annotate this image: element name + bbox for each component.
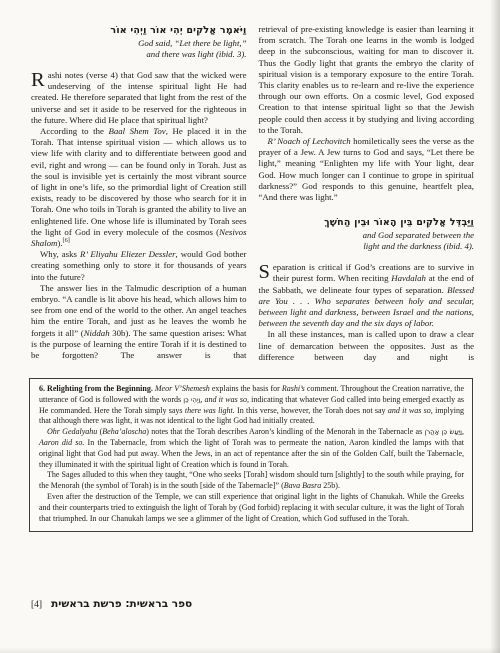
verse-hebrew-text: וַיֹּאמֶר אֱלֹקִים יְהִי אוֹר וַיְהִי או… xyxy=(31,24,247,38)
page-number: [4] xyxy=(31,600,42,610)
paragraph-dessler-question: Why, asks R’ Eliyahu Eliezer Dessler, wo… xyxy=(31,249,247,283)
verse-translation-line: God said, “Let there be light,” xyxy=(31,38,247,49)
footnote-paragraph-chanukah: Even after the destruction of the Temple… xyxy=(39,492,464,524)
paragraph-separation-critical: Separation is critical if God’s creation… xyxy=(259,262,475,329)
book-page: וַיֹּאמֶר אֱלֹקִים יְהִי אוֹר וַיְהִי או… xyxy=(0,0,500,532)
verse-block-separated-light-darkness: וַיַּבְדֵּל אֱלֹקִים בֵּין הָאוֹר וּבֵין… xyxy=(259,216,475,252)
footer-hebrew-title: ספר בראשית: פרשת בראשית xyxy=(51,598,192,610)
paragraph-retrieval-continuation: retrieval of pre-existing knowledge is e… xyxy=(259,24,475,136)
page-footer: [4] ספר בראשית: פרשת בראשית xyxy=(31,598,192,610)
paragraph-embryo-talmud: The answer lies in the Talmudic descript… xyxy=(31,283,247,361)
verse-translation-line: and God separated between the xyxy=(259,230,475,241)
dropcap-letter: S xyxy=(259,262,273,282)
paragraph-rashi-notes: Rashi notes (verse 4) that God saw that … xyxy=(31,70,247,126)
main-text-columns: וַיֹּאמֶר אֱלֹקִים יְהִי אוֹר וַיְהִי או… xyxy=(0,0,500,372)
dropcap-letter: R xyxy=(31,70,48,90)
verse-translation-line: light and the darkness (ibid. 4). xyxy=(259,241,475,252)
left-column: וַיֹּאמֶר אֱלֹקִים יְהִי אוֹר וַיְהִי או… xyxy=(31,24,247,372)
scan-bottom-shadow xyxy=(0,647,500,653)
footnote-paragraph-ohr-gedalyahu: Ohr Gedalyahu (Beha’aloscha) notes that … xyxy=(39,427,464,470)
paragraph-baal-shem-tov: According to the Baal Shem Tov, He place… xyxy=(31,126,247,249)
paragraph-noach-lechovitch: R’ Noach of Lechovitch homiletically see… xyxy=(259,136,475,203)
verse-block-let-there-be-light: וַיֹּאמֶר אֱלֹקִים יְהִי אוֹר וַיְהִי או… xyxy=(31,24,247,60)
paragraph-demarcation: In all these instances, man is called up… xyxy=(259,329,475,363)
paragraph-text: eparation is critical if God’s creations… xyxy=(259,262,475,328)
verse-hebrew-text: וַיַּבְדֵּל אֱלֹקִים בֵּין הָאוֹר וּבֵין… xyxy=(259,216,475,230)
footnote-paragraph-relighting: 6. Relighting from the Beginning. Meor V… xyxy=(39,384,464,427)
footnote-paragraph-sages-south: The Sages alluded to this when they taug… xyxy=(39,470,464,492)
paragraph-text: ashi notes (verse 4) that God saw that t… xyxy=(31,70,247,125)
right-column: retrieval of pre-existing knowledge is e… xyxy=(259,24,475,372)
footnote-box: 6. Relighting from the Beginning. Meor V… xyxy=(29,378,473,532)
verse-translation-line: and there was light (ibid. 3). xyxy=(31,49,247,60)
